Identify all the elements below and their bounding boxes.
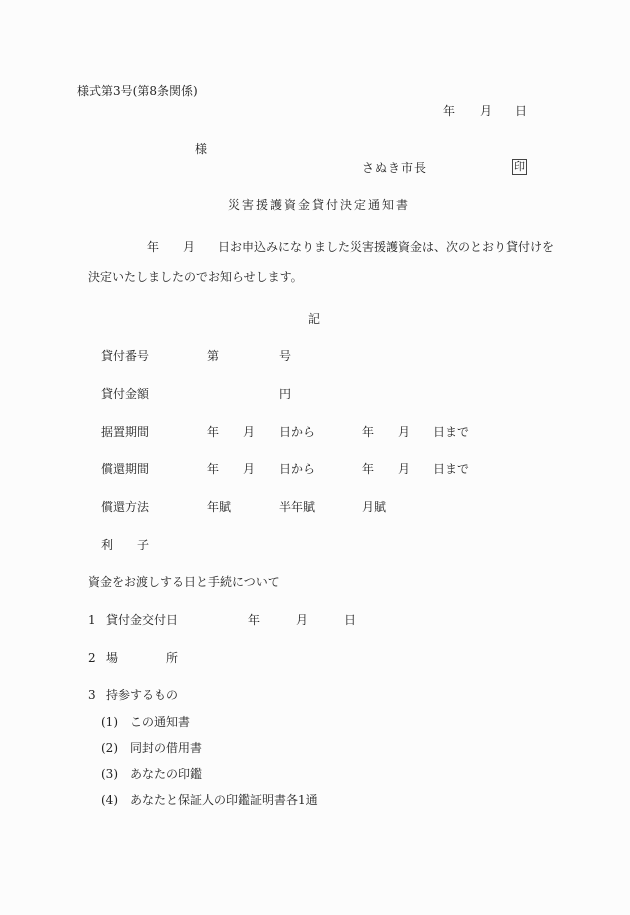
procedure-number: 1 [88, 613, 96, 627]
disbursement-day: 日 [344, 613, 356, 627]
repayment-from-year: 年 [207, 462, 219, 476]
interest-label-2: 子 [137, 538, 149, 552]
deferment-to-year: 年 [362, 425, 374, 439]
list-item-text: この通知書 [130, 715, 190, 729]
application-year-label: 年 [147, 240, 159, 254]
loan-amount-unit: 円 [279, 387, 291, 401]
deferment-from-year: 年 [207, 425, 219, 439]
repayment-to-day: 日まで [433, 462, 469, 476]
bring-items-label: 持参するもの [106, 688, 178, 702]
list-item-number: (1) [101, 715, 118, 729]
procedure-number: 2 [88, 651, 96, 665]
date-year-label: 年 [443, 104, 455, 118]
list-item-text: 同封の借用書 [130, 741, 202, 755]
list-item-text: あなたと保証人の印鑑証明書各1通 [130, 793, 318, 807]
loan-number-suffix: 号 [279, 349, 291, 363]
deferment-to-month: 月 [398, 425, 410, 439]
loan-number-prefix: 第 [207, 349, 219, 363]
loan-amount-label: 貸付金額 [101, 387, 149, 401]
deferment-period-label: 据置期間 [101, 425, 149, 439]
disbursement-month: 月 [296, 613, 308, 627]
repayment-option-monthly: 月賦 [362, 500, 386, 514]
addressee-suffix: 様 [195, 142, 207, 156]
place-label-1: 場 [106, 651, 118, 665]
date-month-label: 月 [480, 104, 492, 118]
procedure-heading: 資金をお渡しする日と手続について [88, 575, 280, 589]
deferment-from-day: 日から [279, 425, 315, 439]
loan-number-label: 貸付番号 [101, 349, 149, 363]
repayment-from-month: 月 [243, 462, 255, 476]
repayment-option-annual: 年賦 [207, 500, 231, 514]
form-number: 様式第3号(第8条関係) [77, 84, 198, 98]
deferment-to-day: 日まで [433, 425, 469, 439]
issuer-name: さぬき市長 [362, 161, 427, 175]
list-item-text: あなたの印鑑 [130, 767, 202, 781]
repayment-to-month: 月 [398, 462, 410, 476]
place-label-2: 所 [166, 651, 178, 665]
list-item-number: (4) [101, 793, 118, 807]
document-title: 災害援護資金貸付決定通知書 [228, 198, 410, 212]
procedure-number: 3 [88, 688, 96, 702]
repayment-period-label: 償還期間 [101, 462, 149, 476]
ki-heading: 記 [308, 312, 320, 326]
body-line-1: 日お申込みになりました災害援護資金は、次のとおり貸付けを [218, 240, 554, 254]
disbursement-year: 年 [248, 613, 260, 627]
application-month-label: 月 [183, 240, 195, 254]
repayment-from-day: 日から [279, 462, 315, 476]
repayment-option-semiannual: 半年賦 [279, 500, 315, 514]
repayment-to-year: 年 [362, 462, 374, 476]
interest-label-1: 利 [101, 538, 113, 552]
disbursement-date-label: 貸付金交付日 [106, 613, 178, 627]
repayment-method-label: 償還方法 [101, 500, 149, 514]
seal-stamp-box: 印 [512, 159, 527, 175]
body-line-2: 決定いたしましたのでお知らせします。 [88, 270, 303, 284]
list-item-number: (2) [101, 741, 118, 755]
list-item-number: (3) [101, 767, 118, 781]
deferment-from-month: 月 [243, 425, 255, 439]
date-day-label: 日 [515, 104, 527, 118]
